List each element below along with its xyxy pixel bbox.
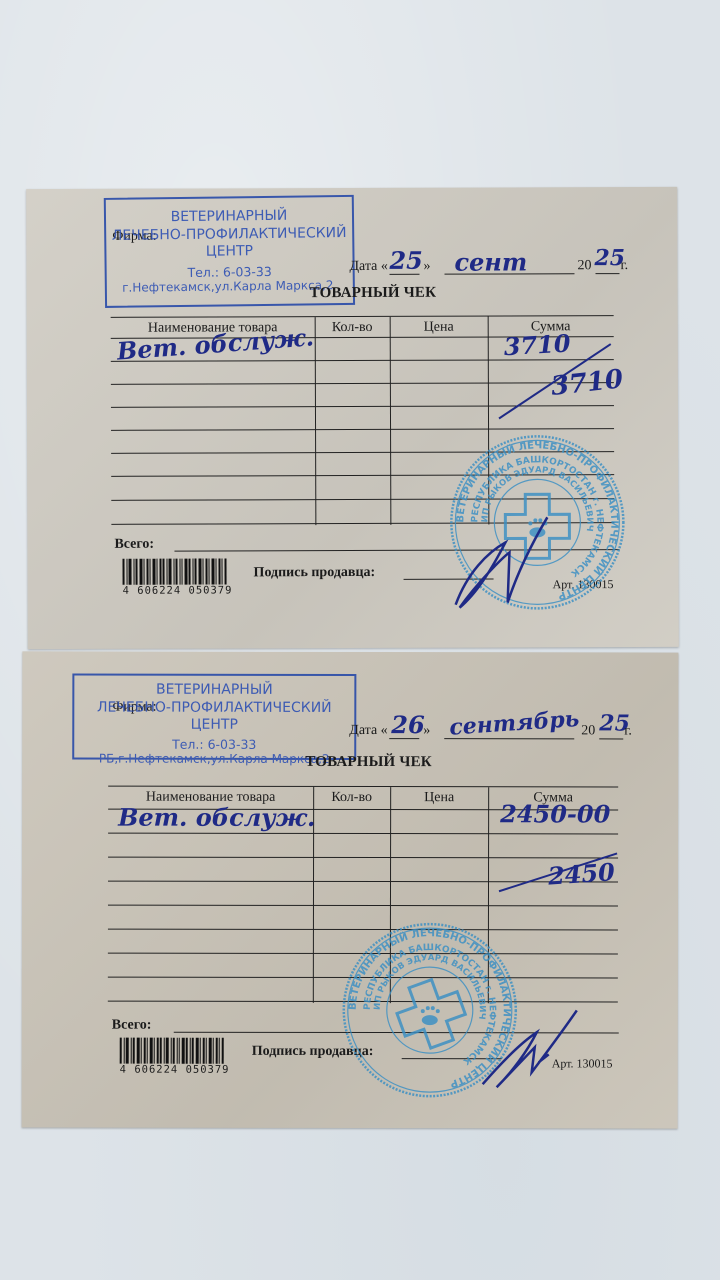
- barcode: 4 606224 050379: [120, 1038, 230, 1076]
- sales-receipt-1: Фирма: ВЕТЕРИНАРНЫЙ ЛЕЧЕБНО-ПРОФИЛАКТИЧЕ…: [26, 187, 679, 649]
- item-sum: 2450-00: [500, 799, 610, 828]
- item-name: Вет. обслуж.: [118, 803, 315, 832]
- total-label: Всего:: [112, 1018, 152, 1034]
- total-label: Всего:: [114, 537, 154, 553]
- date-field: Дата « 26 » сентябрь 20 25 г.: [349, 714, 649, 741]
- barcode-bars: [122, 558, 232, 584]
- barcode-bars: [120, 1038, 230, 1064]
- date-month: сентябрь: [449, 706, 580, 741]
- date-field: Дата « 25 » сент 20 25 г.: [349, 249, 649, 276]
- barcode-number: 4 606224 050379: [120, 1064, 230, 1076]
- seller-signature: [477, 1002, 597, 1092]
- col-header-price: Цена: [390, 790, 488, 806]
- sales-receipt-2: Фирма: ВЕТЕРИНАРНЫЙ ЛЕЧЕБНО-ПРОФИЛАКТИЧЕ…: [22, 651, 679, 1128]
- date-day: 25: [389, 246, 423, 275]
- col-header-price: Цена: [390, 320, 488, 336]
- seller-signature: [447, 512, 557, 612]
- barcode: 4 606224 050379: [122, 558, 232, 596]
- clinic-rect-stamp: ВЕТЕРИНАРНЫЙ ЛЕЧЕБНО-ПРОФИЛАКТИЧЕСКИЙ ЦЕ…: [72, 674, 356, 760]
- date-month: сент: [454, 247, 527, 276]
- col-header-qty: Кол-во: [313, 790, 390, 806]
- col-header-qty: Кол-во: [315, 320, 390, 336]
- receipt-title: ТОВАРНЫЙ ЧЕК: [305, 754, 432, 771]
- barcode-number: 4 606224 050379: [123, 584, 233, 596]
- date-day: 26: [391, 710, 424, 739]
- receipt-title: ТОВАРНЫЙ ЧЕК: [310, 285, 437, 302]
- item-total-written: 2450: [547, 857, 616, 890]
- signature-label: Подпись продавца:: [254, 565, 376, 581]
